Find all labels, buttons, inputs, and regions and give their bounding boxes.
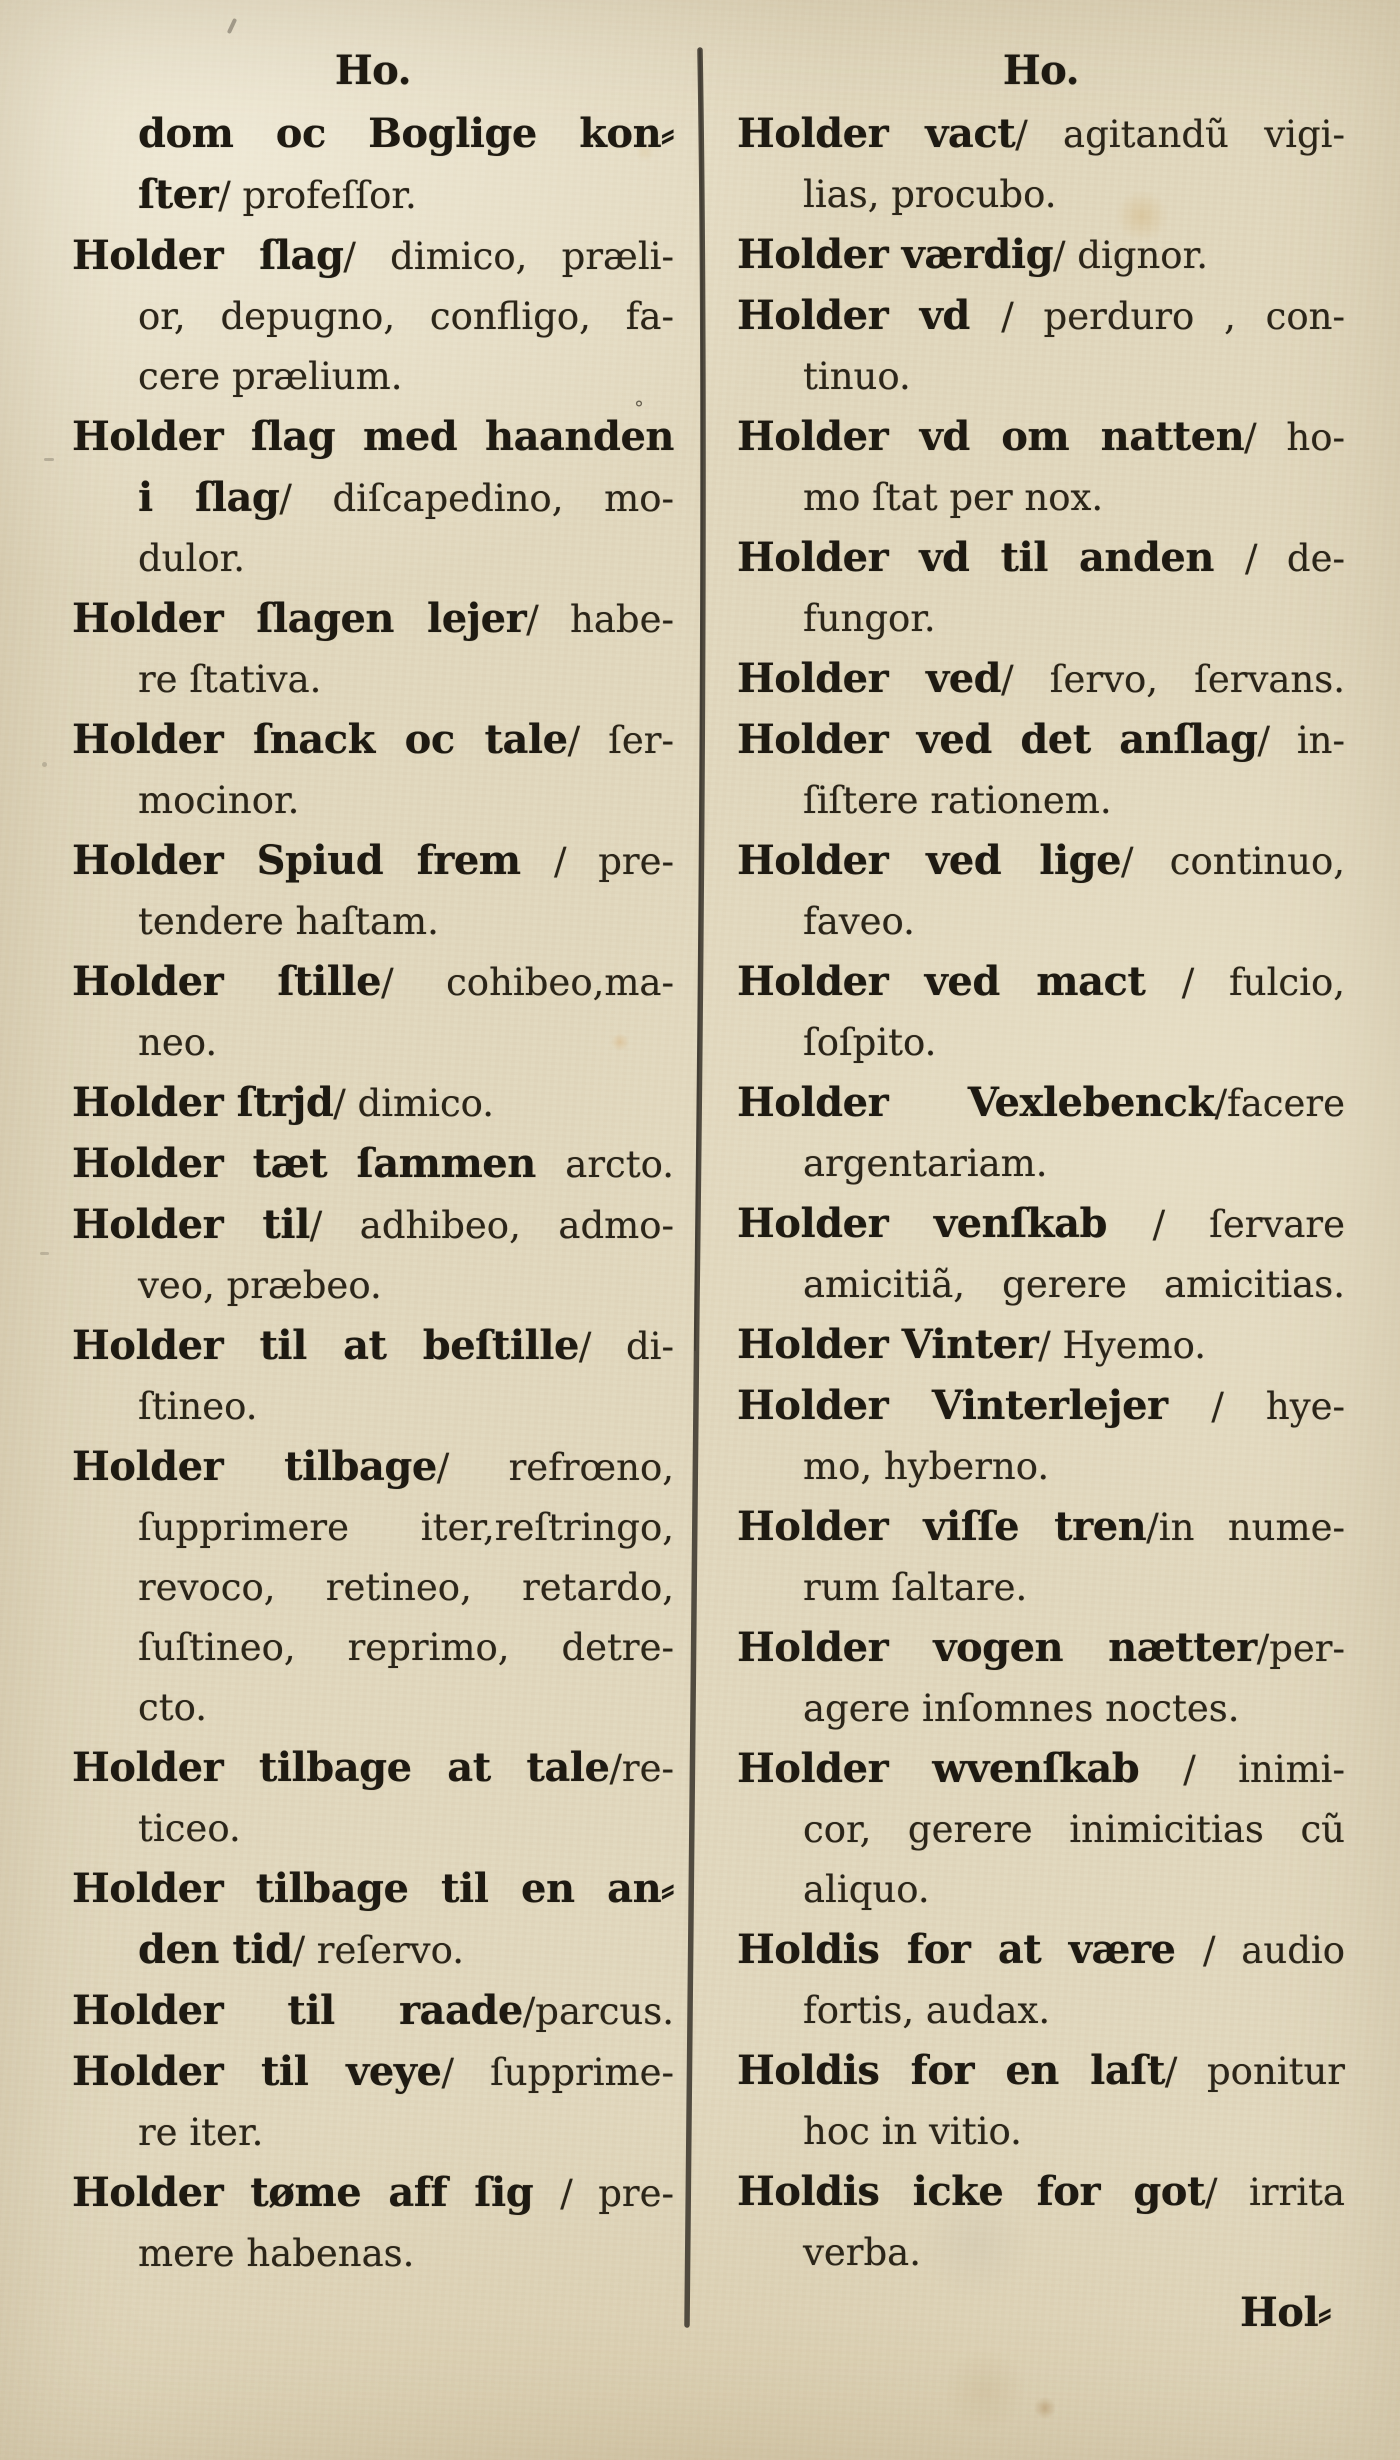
latin-gloss-text: / de- xyxy=(1245,537,1345,580)
latin-gloss-text: /facere xyxy=(1215,1082,1345,1125)
text-line: agere inſomnes noctes. xyxy=(737,1679,1345,1739)
latin-gloss-text: verba. xyxy=(803,2231,921,2274)
text-line: Holder til/ adhibeo, admo- xyxy=(72,1195,674,1256)
latin-gloss-text: /re- xyxy=(609,1747,674,1790)
latin-gloss-text: / Hyemo. xyxy=(1038,1324,1206,1367)
latin-gloss-text: / dimico, præli- xyxy=(343,235,674,278)
latin-gloss-text: ſupprimere iter,reſtringo, xyxy=(138,1506,674,1549)
latin-gloss-text: rum ſaltare. xyxy=(803,1566,1027,1609)
text-line: neo. xyxy=(72,1013,674,1073)
latin-gloss-text: mere habenas. xyxy=(138,2232,414,2275)
running-head-right: Ho. xyxy=(737,42,1345,104)
danish-headword-text: Holder Vinter xyxy=(737,1321,1038,1368)
latin-gloss-text: / irrita xyxy=(1205,2171,1345,2214)
danish-headword-text: Holder wvenſkab xyxy=(737,1745,1183,1792)
text-line: or, depugno, confligo, fa- xyxy=(72,287,674,347)
latin-gloss-text: / dignor. xyxy=(1053,234,1208,277)
paper-speck xyxy=(42,762,47,767)
latin-gloss-text: / pre- xyxy=(554,840,674,883)
danish-headword-text: Holder ved lige xyxy=(737,837,1121,884)
text-line: Holdis icke for got/ irrita xyxy=(737,2162,1345,2223)
text-line: revoco, retineo, retardo, xyxy=(72,1558,674,1618)
latin-gloss-text: argentariam. xyxy=(803,1142,1048,1185)
latin-gloss-text: or, depugno, confligo, fa- xyxy=(138,295,674,338)
text-line: mere habenas. xyxy=(72,2224,674,2284)
danish-headword-text: Holder vogen nætter xyxy=(737,1624,1257,1671)
text-line: Holder vd til anden / de- xyxy=(737,528,1345,589)
latin-gloss-text: cor, gerere inimicitias cũ xyxy=(803,1808,1345,1851)
latin-gloss-text: / profeſſor. xyxy=(218,174,417,217)
left-column: Ho. dom oc Boglige kon⸗ſter/ profeſſor.H… xyxy=(72,42,674,2284)
danish-headword-text: Holdis icke for got xyxy=(737,2168,1205,2215)
latin-gloss-text: ſiſtere rationem. xyxy=(803,779,1112,822)
text-line: Holder vd / perduro , con- xyxy=(737,286,1345,347)
text-line: mo ſtat per nox. xyxy=(737,468,1345,528)
text-line: Holder til at beſtille/ di- xyxy=(72,1316,674,1377)
text-line: Holder Spiud frem / pre- xyxy=(72,831,674,892)
text-line: Holder til raade/parcus. xyxy=(72,1981,674,2042)
latin-gloss-text: / pre- xyxy=(560,2172,674,2215)
text-line: Holder vd om natten/ ho- xyxy=(737,407,1345,468)
latin-gloss-text: /per- xyxy=(1257,1627,1345,1670)
danish-headword-text: den tid xyxy=(138,1926,293,1973)
text-line: Holder ved lige/ continuo, xyxy=(737,831,1345,892)
text-line: Holder ſtrjd/ dimico. xyxy=(72,1073,674,1134)
danish-headword-text: Holdis for at være xyxy=(737,1926,1203,1973)
text-line: Holder Vinterlejer / hye- xyxy=(737,1376,1345,1437)
text-line: Holder ved/ ſervo, ſervans. xyxy=(737,649,1345,710)
danish-headword-text: Holder til xyxy=(72,1201,310,1248)
text-line: tinuo. xyxy=(737,347,1345,407)
latin-gloss-text: / agitandũ vigi- xyxy=(1015,113,1345,156)
text-line: Holder wvenſkab / inimi- xyxy=(737,1739,1345,1800)
text-line: Holder tilbage at tale/re- xyxy=(72,1738,674,1799)
latin-gloss-text: agere inſomnes noctes. xyxy=(803,1687,1240,1730)
latin-gloss-text: revoco, retineo, retardo, xyxy=(138,1566,674,1609)
left-column-lines: dom oc Boglige kon⸗ſter/ profeſſor.Holde… xyxy=(72,104,674,2284)
text-line: Holder tøme aff ſig / pre- xyxy=(72,2163,674,2224)
latin-gloss-text: ſuſtineo, reprimo, detre- xyxy=(138,1626,674,1669)
danish-headword-text: Holder ved xyxy=(737,655,1001,702)
latin-gloss-text: tinuo. xyxy=(803,355,911,398)
latin-gloss-text: hoc in vitio. xyxy=(803,2110,1022,2153)
danish-headword-text: i ſlag xyxy=(138,474,279,521)
danish-headword-text: Holder vd om natten xyxy=(737,413,1244,460)
latin-gloss-text: / adhibeo, admo- xyxy=(310,1204,674,1247)
text-line: ſupprimere iter,reſtringo, xyxy=(72,1498,674,1558)
paper-speck xyxy=(44,458,54,461)
text-line: faveo. xyxy=(737,892,1345,952)
latin-gloss-text: /in nume- xyxy=(1146,1506,1345,1549)
latin-gloss-text: aliquo. xyxy=(803,1868,930,1911)
text-line: veo, præbeo. xyxy=(72,1256,674,1316)
latin-gloss-text: ticeo. xyxy=(138,1807,241,1850)
right-column-lines: Holder vact/ agitandũ vigi-lias, procubo… xyxy=(737,104,1345,2283)
latin-gloss-text: lias, procubo. xyxy=(803,173,1057,216)
latin-gloss-text: cere prælium. xyxy=(138,355,402,398)
right-column: Ho. Holder vact/ agitandũ vigi-lias, pro… xyxy=(737,42,1345,2343)
latin-gloss-text: / reſervo. xyxy=(293,1929,464,1972)
text-line: i ſlag/ diſcapedino, mo- xyxy=(72,468,674,529)
latin-gloss-text: tendere haſtam. xyxy=(138,900,439,943)
text-line: verba. xyxy=(737,2223,1345,2283)
text-line: amicitiã, gerere amicitias. xyxy=(737,1255,1345,1315)
text-line: Holder ſlag med haanden xyxy=(72,407,674,468)
text-line: Holder tæt ſammen arcto. xyxy=(72,1134,674,1195)
danish-headword-text: dom oc Boglige kon⸗ xyxy=(138,110,674,157)
latin-gloss-text: / refrœno, xyxy=(437,1446,674,1489)
danish-headword-text: Holder til raade xyxy=(72,1987,523,2034)
danish-headword-text: ſter xyxy=(138,171,218,218)
danish-headword-text: Holder tilbage til en an⸗ xyxy=(72,1865,674,1912)
danish-headword-text: Holder til at beſtille xyxy=(72,1322,579,1369)
latin-gloss-text: / cohibeo,ma- xyxy=(381,961,674,1004)
text-line: mo, hyberno. xyxy=(737,1437,1345,1497)
latin-gloss-text: mo ſtat per nox. xyxy=(803,476,1103,519)
text-line: cto. xyxy=(72,1678,674,1738)
text-line: ticeo. xyxy=(72,1799,674,1859)
running-head-left: Ho. xyxy=(72,42,674,104)
text-line: Holdis for at være / audio xyxy=(737,1920,1345,1981)
text-line: aliquo. xyxy=(737,1860,1345,1920)
latin-gloss-text: veo, præbeo. xyxy=(138,1264,382,1307)
danish-headword-text: Holder vact xyxy=(737,110,1015,157)
text-line: Holder ved mact / fulcio, xyxy=(737,952,1345,1013)
danish-headword-text: Holder ſtille xyxy=(72,958,381,1005)
book-page: ° Ho. dom oc Boglige kon⸗ſter/ profeſſor… xyxy=(0,0,1400,2460)
latin-gloss-text: / in- xyxy=(1258,719,1345,762)
danish-headword-text: Holder ved mact xyxy=(737,958,1182,1005)
latin-gloss-text: / perduro , con- xyxy=(1001,295,1345,338)
danish-headword-text: Holder ſlag xyxy=(72,232,343,279)
text-line: hoc in vitio. xyxy=(737,2102,1345,2162)
text-line: dulor. xyxy=(72,529,674,589)
paper-speck xyxy=(227,18,237,34)
text-line: Holder tilbage/ refrœno, xyxy=(72,1437,674,1498)
latin-gloss-text: / ſervo, ſervans. xyxy=(1001,658,1345,701)
danish-headword-text: Holder ved det anſlag xyxy=(737,716,1258,763)
danish-headword-text: Holder tilbage xyxy=(72,1443,437,1490)
latin-gloss-text: fungor. xyxy=(803,597,936,640)
text-line: Holder venſkab / ſervare xyxy=(737,1194,1345,1255)
danish-headword-text: Holder ſtrjd xyxy=(72,1079,333,1126)
latin-gloss-text: / dimico. xyxy=(333,1082,494,1125)
danish-headword-text: Holder tæt ſammen xyxy=(72,1140,565,1187)
latin-gloss-text: /parcus. xyxy=(523,1990,674,2033)
catchword: Hol⸗ xyxy=(737,2283,1345,2343)
danish-headword-text: Holder ſlag med haanden xyxy=(72,413,674,460)
latin-gloss-text: ſtineo. xyxy=(138,1385,258,1428)
danish-headword-text: Holder Vexlebenck xyxy=(737,1079,1215,1126)
paper-speck xyxy=(40,1252,49,1255)
danish-headword-text: Holdis for en laſt xyxy=(737,2047,1165,2094)
text-line: ſuſtineo, reprimo, detre- xyxy=(72,1618,674,1678)
latin-gloss-text: / diſcapedino, mo- xyxy=(279,477,674,520)
latin-gloss-text: / ſer- xyxy=(568,719,674,762)
danish-headword-text: Holder Spiud frem xyxy=(72,837,554,884)
latin-gloss-text: fortis, audax. xyxy=(803,1989,1050,2032)
text-line: ſtineo. xyxy=(72,1377,674,1437)
danish-headword-text: Holder ſlagen lejer xyxy=(72,595,526,642)
text-line: cor, gerere inimicitias cũ xyxy=(737,1800,1345,1860)
danish-headword-text: Holder ſnack oc tale xyxy=(72,716,568,763)
text-line: fungor. xyxy=(737,589,1345,649)
latin-gloss-text: amicitiã, gerere amicitias. xyxy=(803,1263,1345,1306)
latin-gloss-text: / hye- xyxy=(1211,1385,1345,1428)
text-line: Holder Vinter/ Hyemo. xyxy=(737,1315,1345,1376)
text-line: re iter. xyxy=(72,2103,674,2163)
danish-headword-text: Holder tilbage at tale xyxy=(72,1744,609,1791)
latin-gloss-text: / ſervare xyxy=(1153,1203,1345,1246)
latin-gloss-text: / audio xyxy=(1203,1929,1345,1972)
danish-headword-text: Holder Vinterlejer xyxy=(737,1382,1211,1429)
text-line: mocinor. xyxy=(72,771,674,831)
latin-gloss-text: neo. xyxy=(138,1021,217,1064)
text-line: Holder ſtille/ cohibeo,ma- xyxy=(72,952,674,1013)
text-line: Holder Vexlebenck/facere xyxy=(737,1073,1345,1134)
latin-gloss-text: / ponitur xyxy=(1165,2050,1345,2093)
text-line: den tid/ reſervo. xyxy=(72,1920,674,1981)
text-line: Holder værdig/ dignor. xyxy=(737,225,1345,286)
text-line: Holder ſlag/ dimico, præli- xyxy=(72,226,674,287)
text-line: fortis, audax. xyxy=(737,1981,1345,2041)
text-line: Holder tilbage til en an⸗ xyxy=(72,1859,674,1920)
text-line: Holder ſnack oc tale/ ſer- xyxy=(72,710,674,771)
latin-gloss-text: dulor. xyxy=(138,537,245,580)
text-line: rum ſaltare. xyxy=(737,1558,1345,1618)
text-line: Holder vact/ agitandũ vigi- xyxy=(737,104,1345,165)
text-line: Holder ved det anſlag/ in- xyxy=(737,710,1345,771)
text-line: Holdis for en laſt/ ponitur xyxy=(737,2041,1345,2102)
latin-gloss-text: / di- xyxy=(579,1325,674,1368)
latin-gloss-text: ſoſpito. xyxy=(803,1021,936,1064)
danish-headword-text: Holder til veye xyxy=(72,2048,442,2095)
latin-gloss-text: arcto. xyxy=(565,1143,674,1186)
latin-gloss-text: / habe- xyxy=(526,598,674,641)
text-line: ſter/ profeſſor. xyxy=(72,165,674,226)
danish-headword-text: Holder vd til anden xyxy=(737,534,1245,581)
danish-headword-text: Holder venſkab xyxy=(737,1200,1153,1247)
text-line: tendere haſtam. xyxy=(72,892,674,952)
text-line: argentariam. xyxy=(737,1134,1345,1194)
latin-gloss-text: faveo. xyxy=(803,900,915,943)
latin-gloss-text: / continuo, xyxy=(1121,840,1345,883)
danish-headword-text: Holder tøme aff ſig xyxy=(72,2169,560,2216)
danish-headword-text: Holder vd xyxy=(737,292,1001,339)
text-line: ſiſtere rationem. xyxy=(737,771,1345,831)
latin-gloss-text: re iter. xyxy=(138,2111,263,2154)
latin-gloss-text: / fulcio, xyxy=(1182,961,1345,1004)
text-line: Holder til veye/ ſupprime- xyxy=(72,2042,674,2103)
danish-headword-text: Holder viſſe tren xyxy=(737,1503,1146,1550)
text-line: re ſtativa. xyxy=(72,650,674,710)
latin-gloss-text: / ho- xyxy=(1244,416,1345,459)
danish-headword-text: Holder værdig xyxy=(737,231,1053,278)
text-line: Holder viſſe tren/in nume- xyxy=(737,1497,1345,1558)
latin-gloss-text: / ſupprime- xyxy=(442,2051,675,2094)
latin-gloss-text: mo, hyberno. xyxy=(803,1445,1049,1488)
latin-gloss-text: mocinor. xyxy=(138,779,299,822)
latin-gloss-text: / inimi- xyxy=(1183,1748,1345,1791)
text-line: lias, procubo. xyxy=(737,165,1345,225)
text-line: dom oc Boglige kon⸗ xyxy=(72,104,674,165)
latin-gloss-text: cto. xyxy=(138,1686,207,1729)
text-line: ſoſpito. xyxy=(737,1013,1345,1073)
latin-gloss-text: re ſtativa. xyxy=(138,658,321,701)
text-line: cere prælium. xyxy=(72,347,674,407)
text-line: Holder ſlagen lejer/ habe- xyxy=(72,589,674,650)
text-line: Holder vogen nætter/per- xyxy=(737,1618,1345,1679)
